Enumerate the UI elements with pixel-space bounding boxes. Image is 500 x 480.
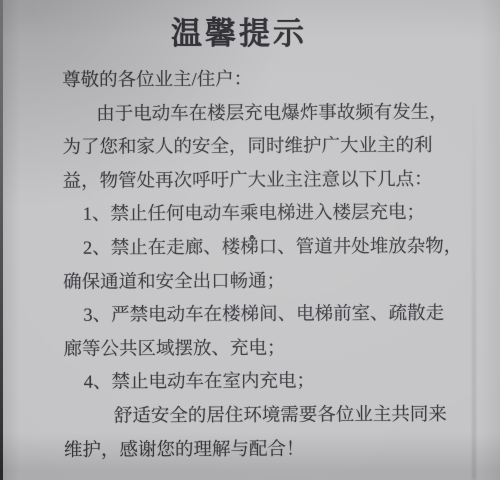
notice-line-rule-3a: 3、严禁电动车在楼梯间、电梯前室、疏散走 (1, 298, 500, 334)
notice-body: 尊敬的各位业主/住户： 由于电动车在楼层充电爆炸事故频有发生， 为了您和家人的安… (0, 63, 500, 469)
notice-line-salutation: 尊敬的各位业主/住户： (0, 63, 500, 99)
notice-line-rule-2b: 确保通道和安全出口畅通； (1, 264, 500, 300)
notice-line-intro-3: 益，物管处再次呼吁广大业主注意以下几点： (1, 163, 500, 199)
notice-line-rule-4: 4、禁止电动车在室内充电； (2, 365, 500, 401)
notice-line-closing-2: 维护，感谢您的理解与配合！ (2, 432, 500, 468)
notice-line-rule-3b: 廊等公共区域摆放、充电； (1, 331, 500, 367)
notice-title: 温馨提示 (0, 8, 478, 53)
notice-line-closing-1: 舒适安全的居住环境需要各位业主共同来 (2, 399, 500, 435)
stray-ink-dot (250, 235, 254, 239)
paper-left-edge-shadow (0, 0, 3, 480)
notice-photo: 温馨提示 尊敬的各位业主/住户： 由于电动车在楼层充电爆炸事故频有发生， 为了您… (0, 0, 500, 480)
paper-crease (472, 0, 476, 480)
notice-line-rule-1: 1、禁止任何电动车乘电梯进入楼层充电； (1, 197, 500, 233)
notice-line-intro-2: 为了您和家人的安全，同时维护广大业主的利 (0, 130, 500, 166)
notice-line-intro-1: 由于电动车在楼层充电爆炸事故频有发生， (0, 96, 500, 132)
